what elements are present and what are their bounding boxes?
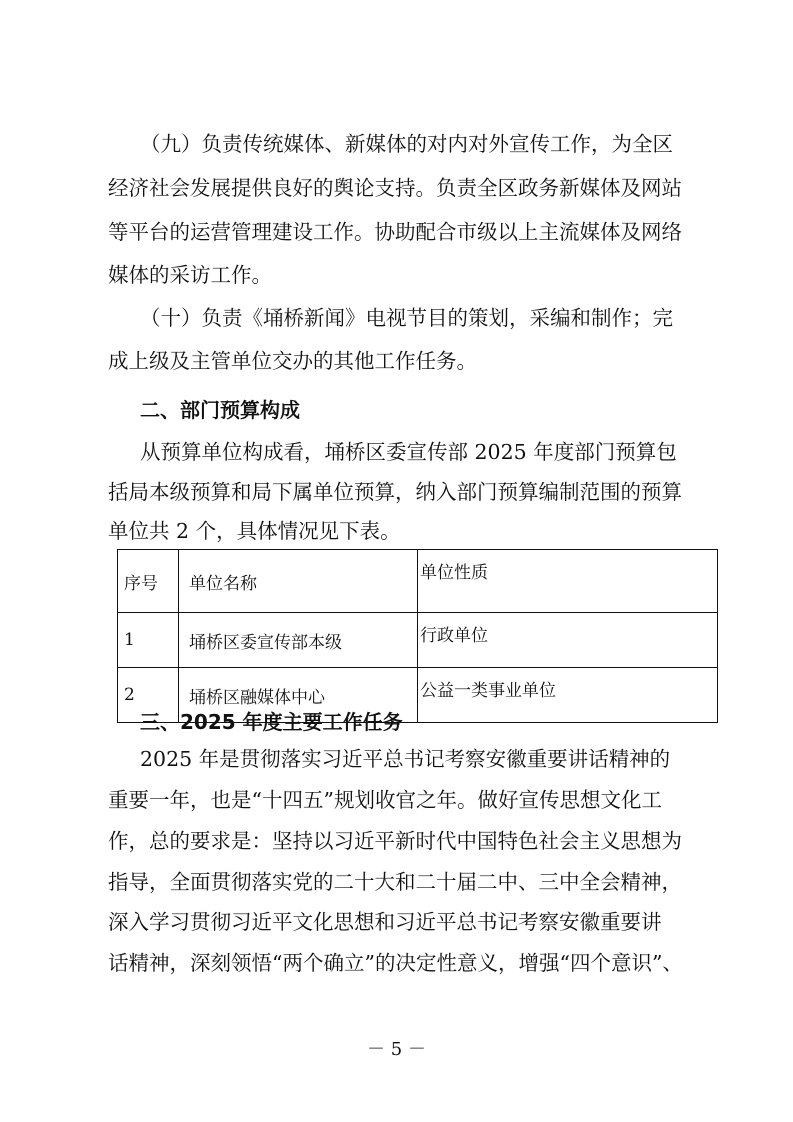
paragraph-line: 指导，全面贯彻落实党的二十大和二十届二中、三中全会精神，: [108, 868, 682, 896]
paragraph-line: 媒体的采访工作。: [108, 261, 272, 289]
cell-unit-nature: 公益一类事业单位: [418, 668, 718, 723]
paragraph-line: 作，总的要求是：坚持以习近平新时代中国特色社会主义思想为: [108, 827, 682, 855]
budget-units-table: 序号 单位名称 单位性质 1 埇桥区委宣传部本级 行政单位 2 埇桥区融媒体中心…: [117, 549, 718, 723]
table-row: 1 埇桥区委宣传部本级 行政单位: [118, 613, 718, 668]
paragraph-line: （九）负责传统媒体、新媒体的对内对外宣传工作，为全区: [140, 130, 673, 158]
paragraph-line: （十）负责《埇桥新闻》电视节目的策划，采编和制作；完: [140, 304, 673, 332]
paragraph-line: 经济社会发展提供良好的舆论支持。负责全区政务新媒体及网站: [108, 174, 682, 202]
paragraph-line: 2025 年是贯彻落实习近平总书记考察安徽重要讲话精神的: [140, 745, 670, 773]
paragraph-line: 单位共 2 个，具体情况见下表。: [108, 517, 401, 545]
header-unit-name: 单位名称: [179, 550, 418, 613]
paragraph-line: 话精神，深刻领悟“两个确立”的决定性意义，增强“四个意识”、: [108, 949, 683, 977]
header-index: 序号: [118, 550, 179, 613]
paragraph-line: 等平台的运营管理建设工作。协助配合市级以上主流媒体及网络: [108, 218, 682, 246]
section-heading-budget-composition: 二、部门预算构成: [140, 396, 300, 424]
section-heading-main-tasks: 三、2025 年度主要工作任务: [140, 708, 403, 736]
paragraph-line: 成上级及主管单位交办的其他工作任务。: [108, 347, 477, 375]
cell-unit-name: 埇桥区委宣传部本级: [179, 613, 418, 668]
paragraph-line: 重要一年，也是“十四五”规划收官之年。做好宣传思想文化工: [108, 786, 662, 814]
cell-unit-nature: 行政单位: [418, 613, 718, 668]
header-unit-nature: 单位性质: [418, 550, 718, 613]
paragraph-line: 深入学习贯彻习近平文化思想和习近平总书记考察安徽重要讲: [108, 908, 662, 936]
table-header-row: 序号 单位名称 单位性质: [118, 550, 718, 613]
paragraph-line: 括局本级预算和局下属单位预算，纳入部门预算编制范围的预算: [108, 478, 682, 506]
cell-index: 1: [118, 613, 179, 668]
page-number: － 5 －: [0, 1035, 793, 1061]
paragraph-line: 从预算单位构成看，埇桥区委宣传部 2025 年度部门预算包: [140, 438, 677, 466]
